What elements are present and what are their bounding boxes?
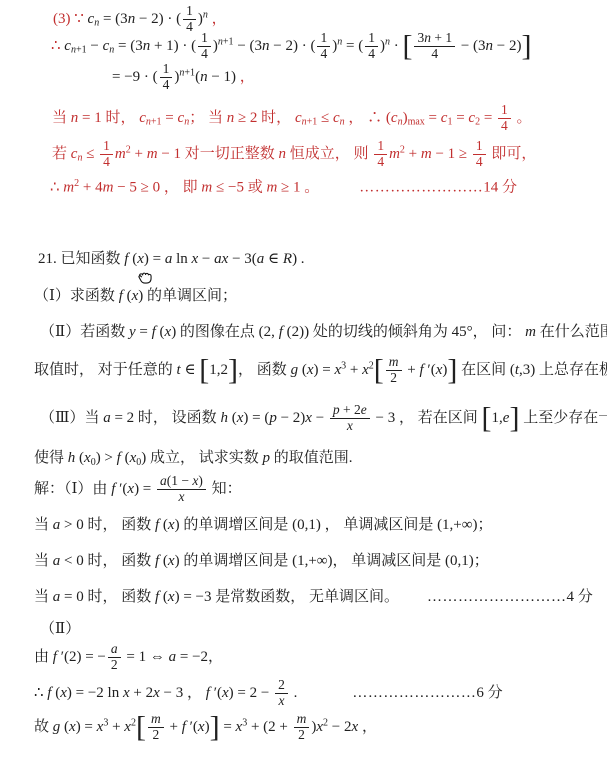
big-bracket: ] [228,354,238,387]
text-run: − 2) · ( [270,38,316,54]
math-var: c [139,110,146,126]
text-run: = [162,110,178,126]
text-run: ∴ [34,685,47,701]
fraction-denominator: 2 [386,371,402,386]
big-bracket: [ [199,354,209,387]
document-page: (3) ∵ cn = (3n − 2) · (14)n ，∴ cn+1 − cn… [0,0,607,758]
math-var: x [123,685,130,701]
text-run: 1 [201,30,208,45]
fraction: m2 [294,712,310,743]
case-a-negative-line: 当 a < 0 时， 函数 f (x) 的单调增区间是 (1,+∞)， 单调减区… [34,552,489,571]
text-run: ′( [210,685,222,701]
text-run: ， 函数 [238,362,291,378]
math-var: m [151,711,161,726]
text-run: = [425,110,441,126]
formula-line-2: ∴ cn+1 − cn = (3n + 1) · (14)n+1 − (3n −… [51,31,532,62]
supscript: n+1 [179,67,195,78]
text-run: 2 [152,727,159,742]
text-run: = ( [342,38,363,54]
text-run: 当 [34,517,53,533]
text-run: +1 [307,117,318,128]
fraction-numerator: p + 2e [330,403,370,419]
text-run: 若 [52,146,71,162]
text-run: + [131,146,147,162]
text-run: < 0 时， 函数 [60,553,155,569]
math-var: x [362,362,369,378]
red-case-line: 当 n = 1 时， cn+1 = cn； 当 n ≥ 2 时， cn+1 ≤ … [52,103,532,134]
fraction: 14 [160,62,173,93]
math-var: n [200,69,208,85]
text-run: ， [358,719,377,735]
text-run: +1 [151,117,162,128]
text-run: + [166,719,182,735]
text-run: (2)) 处的切线的倾斜角为 45°， 问： [283,324,525,340]
fraction-numerator: m [294,712,310,728]
big-bracket: ] [210,711,220,744]
math-var: x [69,719,76,735]
math-var: x [60,685,67,701]
text-run: ln [172,251,191,267]
red-condition-line: 若 cn ≤ 14m2 + m − 1 对一切正整数 n 恒成立， 则 14m2… [52,139,536,170]
fraction: m2 [386,355,402,386]
part2-label-line: （Ⅱ） [40,620,80,639]
text-run: − [198,251,214,267]
math-var: c [64,38,71,54]
text-run: 1, [492,410,503,426]
math-var: n [424,30,431,45]
text-run: = 1 时， [78,110,139,126]
text-run: ) = [76,719,97,735]
math-var: g [291,362,299,378]
fraction-numerator: 1 [498,103,511,119]
text-run: 2 [278,677,285,692]
part3-question-line2: 使得 h (x0) > f (x0) 成立， 试求实数 p 的取值范围. [34,449,353,469]
math-var: x [178,489,184,504]
text-run: + 2 [340,402,361,417]
math-var: m [115,146,126,162]
math-var: y [129,324,136,340]
text-run: − 1 ≥ [432,146,471,162]
text-run: 由 [34,649,53,665]
fraction-numerator: a(1 − x) [157,474,206,490]
text-run: 4 [377,154,384,169]
text-run: ′( [186,719,198,735]
problem-21-line: 21. 已知函数 f (x) = a ln x − ax − 3(a ∈ R) … [38,250,305,269]
math-var: m [147,146,158,162]
text-run: ) . [292,251,305,267]
dotted-leader: ……………………… [427,589,567,605]
text-run: ) = ( [243,410,269,426]
text-run: ( [123,288,132,304]
text-run: = [136,324,152,340]
text-run: 故 [34,719,53,735]
text-run: − (3 [234,38,262,54]
fraction-numerator: 3n + 1 [414,31,455,47]
fraction: 14 [198,31,211,62]
part1-question-line: （Ⅰ）求函数 f (x) 的单调区间； [34,287,237,306]
text-run: 4 [163,77,170,92]
big-bracket: [ [374,354,384,387]
fraction-numerator: 1 [198,31,211,47]
big-bracket: [ [136,711,146,744]
text-run: = 0 时， 函数 [60,589,155,605]
big-bracket: ] [447,354,457,387]
fraction-denominator: 4 [198,47,211,62]
red-conclusion-line: ∴ m2 + 4m − 5 ≥ 0 ， 即 m ≤ −5 或 m ≥ 1 。……… [50,178,517,197]
text-run: 4 [103,154,110,169]
text-run: − [87,38,103,54]
math-var: x [153,685,160,701]
fraction-denominator: 4 [160,78,173,93]
fraction: a2 [108,642,121,673]
text-run: = −2， [176,649,223,665]
text-run: = [220,719,236,735]
subscript: max [408,117,425,128]
math-var: x [198,719,205,735]
text-run: （Ⅰ）求函数 [34,288,119,304]
big-bracket: [ [482,402,492,435]
text-run: 1 [186,3,193,18]
fraction-denominator: 4 [317,47,330,62]
text-run: 1 [377,138,384,153]
math-var: m [297,711,307,726]
fraction-denominator: 4 [374,155,387,170]
fraction-numerator: 1 [374,139,387,155]
text-run: ) = [144,251,165,267]
text-run: 4 [368,46,375,61]
text-run: ， [208,11,227,27]
text-run: +1 [223,36,234,47]
fraction: 14 [365,31,378,62]
text-run: 当 [34,589,53,605]
text-run: 知： [208,481,242,497]
text-run: 在什么范围 [536,324,607,340]
fraction-denominator: 4 [414,47,455,62]
big-bracket: [ [402,30,412,63]
text-run: = 1 ⇔ [123,649,169,665]
text-run: 使得 [34,450,68,466]
text-run: ≥ 1 。 [277,180,319,196]
fraction-numerator: 1 [100,139,113,155]
math-var: h [220,410,228,426]
text-run: 1 [501,102,508,117]
text-run: · [390,38,403,54]
text-run: ) 的图像在点 (2, [171,324,279,340]
fraction-numerator: m [386,355,402,371]
fraction-numerator: m [148,712,164,728]
math-var: a [160,473,167,488]
text-run: > 0 时， 函数 [60,517,155,533]
text-run: 1 [476,138,483,153]
text-run: − 3 ， 若在区间 [372,410,482,426]
derivative-eq-line: 由 f ′(2) = −a2 = 1 ⇔ a = −2， [34,642,223,673]
math-var: x [124,719,131,735]
text-run: ∴ [51,38,64,54]
text-run: ,3) 上总存在极值？ [519,362,607,378]
text-run: ( [159,589,168,605]
math-var: x [137,251,144,267]
text-run: 在区间 ( [457,362,515,378]
text-run: ≤ −5 或 [212,180,266,196]
math-var: R [283,251,292,267]
part2-question-line1: （Ⅱ）若函数 y = f (x) 的图像在点 (2, f (2)) 处的切线的倾… [40,323,607,342]
math-var: n [262,38,270,54]
text-run: + 4 [79,180,102,196]
text-run: + 2 [130,685,153,701]
text-run: = [452,110,468,126]
math-var: p [263,450,271,466]
f-result-line: ∴ f (x) = −2 ln x + 2x − 3 ， f ′(x) = 2 … [34,678,503,709]
text-run: ( [228,410,237,426]
text-run: = [480,110,496,126]
grab-hand-cursor-icon [135,267,157,285]
math-var: p [333,402,340,417]
part3-question-line1: （Ⅲ）当 a = 2 时， 设函数 h (x) = (p − 2)x − p +… [40,403,607,434]
math-var: x [305,410,312,426]
fraction-numerator: 1 [160,62,173,78]
math-var: m [389,146,400,162]
text-run: ( [298,362,307,378]
text-run: ) 的单调增区间是 (1,+∞)， 单调减区间是 (0,1)； [175,553,489,569]
fraction-numerator: 1 [365,31,378,47]
math-var: m [525,324,536,340]
text-run: 4 [431,46,438,61]
text-run: 当 [52,110,71,126]
text-run: − 2) [493,38,521,54]
text-run: − 5 ≥ 0 ， 即 [113,180,201,196]
dotted-leader: …………………… [352,685,476,701]
math-var: c [295,110,302,126]
fraction-denominator: x [330,419,370,434]
math-var: c [333,110,340,126]
fraction: 3n + 14 [414,31,455,62]
text-run: 即可， [488,146,537,162]
text-run: ≤ [82,146,98,162]
text-run: + [404,362,420,378]
text-run: 1 [368,30,375,45]
text-run: ( [121,450,130,466]
math-var: m [421,146,432,162]
fraction: 2x [275,678,288,709]
text-run: + [405,146,421,162]
math-var: m [389,354,399,369]
part2-question-line2: 取值时， 对于任意的 t ∈ [1,2]， 函数 g (x) = x3 + x2… [34,355,607,386]
text-run: ′( [115,481,127,497]
text-run: 21. 已知函数 [38,251,124,267]
text-run: （Ⅱ）若函数 [40,324,129,340]
text-run: − 2) [277,410,305,426]
text-run: 。 [513,110,532,126]
formula-line-3: = −9 · (14)n+1(n − 1) ， [112,62,255,93]
fraction: 14 [498,103,511,134]
text-run: − 2 [328,719,351,735]
text-run: 2 [111,657,118,672]
text-run: ( [156,324,165,340]
text-run: ， [236,69,255,85]
fraction-denominator: 2 [108,658,121,673]
fraction: m2 [148,712,164,743]
math-var: x [168,553,175,569]
text-run: 1,2 [209,362,228,378]
fraction: p + 2ex [330,403,370,434]
case-a-zero-line: 当 a = 0 时， 函数 f (x) = −3 是常数函数， 无单调区间。……… [34,588,593,607]
fraction-denominator: x [275,694,288,709]
fraction: a(1 − x)x [157,474,206,505]
fraction-numerator: 2 [275,678,288,694]
fraction-denominator: 4 [365,47,378,62]
text-run: ) = [134,481,155,497]
text-run: ( [159,553,168,569]
text-run: − 1 对一切正整数 [158,146,279,162]
math-var: x [84,450,91,466]
text-run: ≤ [317,110,333,126]
fraction: 14 [473,139,486,170]
text-run: （Ⅲ）当 [40,410,103,426]
math-var: x [168,517,175,533]
math-var: m [201,180,212,196]
text-run: 解：（Ⅰ）由 [34,481,111,497]
text-run: ( [60,719,69,735]
fraction-numerator: a [108,642,121,658]
math-var: x [347,418,353,433]
fraction-denominator: 4 [100,155,113,170]
big-bracket: ] [509,402,519,435]
text-run: ) = 2 − [229,685,273,701]
text-run: 4 [476,154,483,169]
supscript: n+1 [218,36,234,47]
fraction-numerator: 1 [473,139,486,155]
text-run: 6 分 [476,685,502,701]
text-run: 上至少存在一个 [519,410,607,426]
fraction-denominator: x [157,490,206,505]
subscript: n+1 [146,117,162,128]
text-run: ， ∴ ( [345,110,391,126]
math-var: n [279,146,287,162]
text-run: ( [128,251,137,267]
text-run: ′(2) = − [57,649,106,665]
text-run: 2 [390,370,397,385]
text-run: 的取值范围. [270,450,353,466]
math-var: m [63,180,74,196]
fraction: 14 [374,139,387,170]
math-var: c [391,110,398,126]
text-run: ) 成立， 试求实数 [141,450,262,466]
text-run: − 3( [228,251,256,267]
subscript: n+1 [71,45,87,56]
case-a-positive-line: 当 a > 0 时， 函数 f (x) 的单调增区间是 (0,1) ， 单调减区… [34,516,492,535]
text-run: − 1) [208,69,236,85]
text-run: . [290,685,298,701]
text-run: ) = [313,362,334,378]
fraction: 14 [317,31,330,62]
text-run: 取值时， 对于任意的 [34,362,177,378]
text-run: + (2 + [247,719,291,735]
text-run: 1 [103,138,110,153]
text-run: 4 [320,46,327,61]
math-var: a [103,410,111,426]
text-run: 恒成立， 则 [286,146,372,162]
text-run: ) [198,473,203,488]
text-run: 1 [320,30,327,45]
text-run: ； 当 [189,110,227,126]
text-run: ) > [96,450,117,466]
text-run: ) 的单调区间； [138,288,237,304]
math-var: a [169,649,177,665]
fraction-denominator: 2 [148,728,164,743]
text-run: 4 [501,118,508,133]
text-run: ) = −2 ln [67,685,123,701]
dotted-leader: …………………… [359,180,483,196]
text-run: (1 − [167,473,193,488]
text-run: 2 [298,727,305,742]
text-run: （Ⅱ） [40,621,80,637]
subscript: n+1 [302,117,318,128]
g-result-line: 故 g (x) = x3 + x2[m2 + f ′(x)] = x3 + (2… [34,712,377,743]
text-run: ′( [424,362,436,378]
text-run: 当 [34,553,53,569]
math-var: x [278,693,284,708]
fraction-denominator: 2 [294,728,310,743]
text-run: ) 的单调增区间是 (0,1) ， 单调减区间是 (1,+∞)； [175,517,493,533]
text-run: ( [51,685,60,701]
text-run: = (3 [114,38,142,54]
solution-part1-line: 解：（Ⅰ）由 f ′(x) = a(1 − x)x 知： [34,474,242,505]
text-run: 4 [201,46,208,61]
text-run: − (3 [457,38,485,54]
math-var: a [111,641,118,656]
text-run: = 2 时， 设函数 [111,410,221,426]
text-run: 1 [163,61,170,76]
text-run: ∈ [181,362,200,378]
text-run: +1 [76,45,87,56]
text-run: ) = −3 是常数函数， 无单调区间。 [175,589,399,605]
text-run: ∈ [264,251,283,267]
text-run: + [346,362,362,378]
text-run: − [312,410,328,426]
text-run: − 2) · ( [135,11,181,27]
text-run: +1 [184,67,195,78]
text-run: = −9 · ( [112,69,158,85]
fraction-numerator: 1 [183,4,196,20]
text-run: ≥ 2 时， [234,110,295,126]
math-var: m [266,180,277,196]
math-var: ax [214,251,228,267]
math-var: x [222,685,229,701]
text-run: + [108,719,124,735]
math-var: x [168,589,175,605]
text-run: ( [159,517,168,533]
math-var: p [269,410,277,426]
text-run: ∴ [50,180,63,196]
text-run: + 1) · ( [150,38,196,54]
text-run: (3) ∵ [53,11,88,27]
text-run: max [408,117,425,128]
text-run: + 1 [431,30,452,45]
math-var: e [361,402,367,417]
math-var: n [486,38,494,54]
math-var: m [103,180,114,196]
text-run: 4 分 [567,589,593,605]
fraction-denominator: 4 [498,119,511,134]
text-run: 14 分 [483,180,517,196]
text-run: − 3 ， [160,685,206,701]
text-run: ( [75,450,84,466]
fraction-numerator: 1 [317,31,330,47]
big-bracket: ] [522,30,532,63]
fraction: 14 [100,139,113,170]
fraction-denominator: 4 [473,155,486,170]
text-run: = (3 [99,11,127,27]
